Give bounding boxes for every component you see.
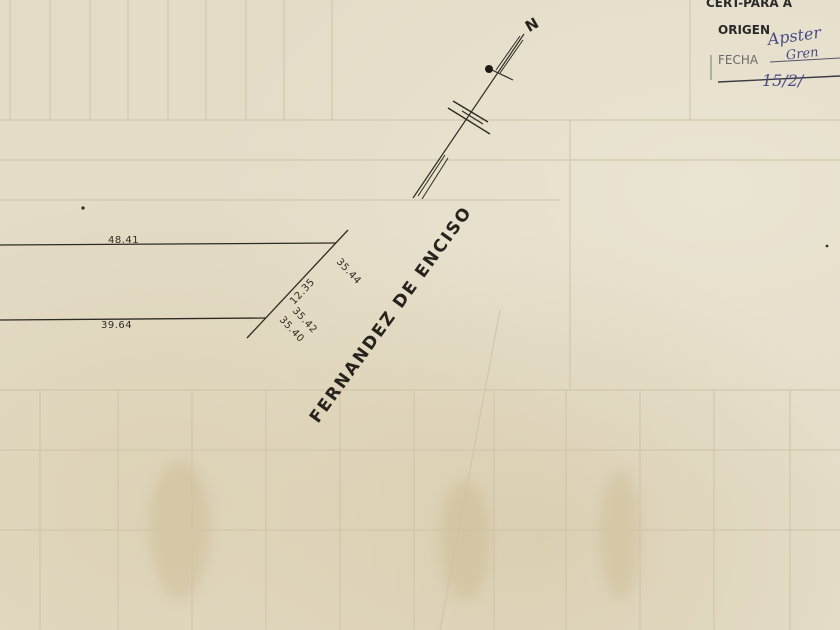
parcel-boundary [0, 230, 348, 338]
stamp-header: CERT-PARA A [706, 0, 793, 10]
stamp-origin-label: ORIGEN [718, 23, 770, 37]
stamp-date-label: FECHA [718, 53, 759, 67]
plan-drawing: N 48.41 39.64 35.44 12.35 35.42 35.40 FE… [0, 0, 840, 630]
bottom-boundary-length: 39.64 [101, 320, 132, 331]
handwritten-origin-2: Gren [785, 45, 819, 63]
handwritten-date: 15/2/ [762, 71, 805, 90]
north-label: N [522, 14, 542, 36]
north-arrow: N [413, 14, 542, 199]
ink-speck [826, 245, 829, 248]
top-boundary-length: 48.41 [108, 235, 139, 246]
frontage-label-top: 35.44 [334, 257, 363, 287]
frontage-length: 12.35 [288, 277, 317, 307]
scanned-survey-sheet: N 48.41 39.64 35.44 12.35 35.42 35.40 FE… [0, 0, 840, 630]
north-arrow-pivot-icon [485, 65, 493, 73]
ink-speck [81, 206, 84, 209]
registry-stamp: CERT-PARA A ORIGEN FECHA Apster Gren 15/… [706, 0, 840, 90]
background-grid [0, 0, 840, 630]
street-name: FERNANDEZ DE ENCISO [306, 203, 477, 427]
